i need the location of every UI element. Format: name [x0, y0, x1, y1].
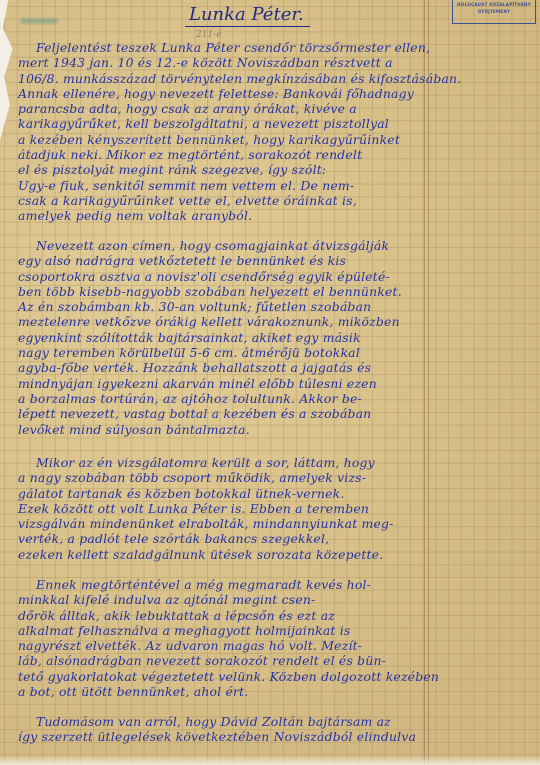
- text-line: agyba-főbe verték. Hozzánk behallatszott…: [18, 360, 518, 375]
- text-line: nagyrészt elvették. Az udvaron magas hó …: [18, 638, 518, 653]
- text-line: Ugy-e fiuk, senkitől semmit nem vettem e…: [18, 178, 518, 193]
- text-line: parancsba adta, hogy csak az arany óráka…: [18, 101, 518, 116]
- text-line: mert 1943 jan. 10 és 12.-e között Novisz…: [18, 55, 518, 70]
- text-line: dőrök álltak, akik lebuktattak a lépcsőn…: [18, 608, 518, 623]
- text-line: amelyek pedig nem voltak aranyból.: [18, 208, 518, 223]
- text-line: ezeken kellett szaladgálnunk ütések soro…: [18, 547, 518, 562]
- text-line: karikagyűrűket, kell beszolgáltatni, a n…: [18, 116, 518, 131]
- text-line: alkalmat felhasználva a meghagyott holmi…: [18, 623, 518, 638]
- text-line: átadjuk neki. Mikor ez megtörtént, sorak…: [18, 147, 518, 162]
- text-line: el és pisztolyát megint ránk szegezve, í…: [18, 162, 518, 177]
- text-line: meztelenre vetkőzve órákig kellett várak…: [18, 314, 518, 329]
- paragraph-3: Mikor az én vizsgálatomra került a sor, …: [18, 455, 518, 562]
- text-line: ben több kisebb-nagyobb szobában helyeze…: [18, 284, 518, 299]
- text-line: Mikor az én vizsgálatomra került a sor, …: [18, 455, 518, 470]
- stamp-line-1: HOLOCAUST KÖZALAPÍTVÁNY: [453, 1, 535, 8]
- text-line: így szerzett ütlegelések következtében N…: [18, 729, 518, 744]
- text-line: a nagy szobában több csoport működik, am…: [18, 470, 518, 485]
- text-line: Feljelentést teszek Lunka Péter csendőr …: [18, 40, 518, 55]
- text-line: gálatot tartanak és közben botokkal ütne…: [18, 486, 518, 501]
- document-title: Lunka Péter.: [185, 4, 310, 27]
- text-line: Az én szobámban kb. 30-an voltunk; fűtet…: [18, 299, 518, 314]
- text-line: 106/8. munkásszázad törvénytelen megkínz…: [18, 71, 518, 86]
- text-line: csak a karikagyűrűinket vette el, elvett…: [18, 193, 518, 208]
- paragraph-4: Ennek megtörténtével a még megmaradt kev…: [18, 577, 518, 699]
- text-line: Ennek megtörténtével a még megmaradt kev…: [18, 577, 518, 592]
- archive-stamp: HOLOCAUST KÖZALAPÍTVÁNY GYŰJTEMÉNY: [452, 0, 536, 24]
- paragraph-1: Feljelentést teszek Lunka Péter csendőr …: [18, 40, 518, 224]
- stamp-line-2: GYŰJTEMÉNY: [453, 8, 535, 15]
- text-line: mindnyájan igyekezni akarván minél előbb…: [18, 376, 518, 391]
- ink-smudge: [20, 18, 58, 24]
- text-line: csoportokra osztva a novisz'oli csendőrs…: [18, 269, 518, 284]
- text-line: verték, a padlót tele szórták bakancs sz…: [18, 531, 518, 546]
- pencil-annotation: 211-é: [196, 30, 222, 40]
- paragraph-2: Nevezett azon címen, hogy csomagjainkat …: [18, 238, 518, 437]
- torn-bottom-edge: [0, 755, 540, 765]
- text-line: vizsgálván mindenünket elrabolták, minda…: [18, 516, 518, 531]
- text-line: levőket mind súlyosan bántalmazta.: [18, 422, 518, 437]
- text-line: Ezek között ott volt Lunka Péter is. Ebb…: [18, 501, 518, 516]
- text-line: egy alsó nadrágra vetkőztetett le bennün…: [18, 253, 518, 268]
- text-line: a kezében kényszerített bennünket, hogy …: [18, 132, 518, 147]
- text-line: egyenkint szólították bajtársainkat, aki…: [18, 330, 518, 345]
- text-line: nagy teremben körülbelül 5-6 cm. átmérőj…: [18, 345, 518, 360]
- text-line: a borzalmas tortúrán, az ajtóhoz tolultu…: [18, 391, 518, 406]
- text-line: tető gyakorlatokat végeztetett velünk. K…: [18, 669, 518, 684]
- text-line: Tudomásom van arról, hogy Dávid Zoltán b…: [18, 714, 518, 729]
- text-line: a bot, ott ütött bennünket, ahol ért.: [18, 684, 518, 699]
- paragraph-5: Tudomásom van arról, hogy Dávid Zoltán b…: [18, 714, 518, 745]
- text-line: minkkal kifelé indulva az ajtónál megint…: [18, 592, 518, 607]
- text-line: láb, alsónadrágban nevezett sorakozót re…: [18, 653, 518, 668]
- text-line: Annak ellenére, hogy nevezett felettese:…: [18, 86, 518, 101]
- document-page: HOLOCAUST KÖZALAPÍTVÁNY GYŰJTEMÉNY Lunka…: [0, 0, 540, 765]
- text-line: lépett nevezett, vastag bottal a kezében…: [18, 406, 518, 421]
- text-line: Nevezett azon címen, hogy csomagjainkat …: [18, 238, 518, 253]
